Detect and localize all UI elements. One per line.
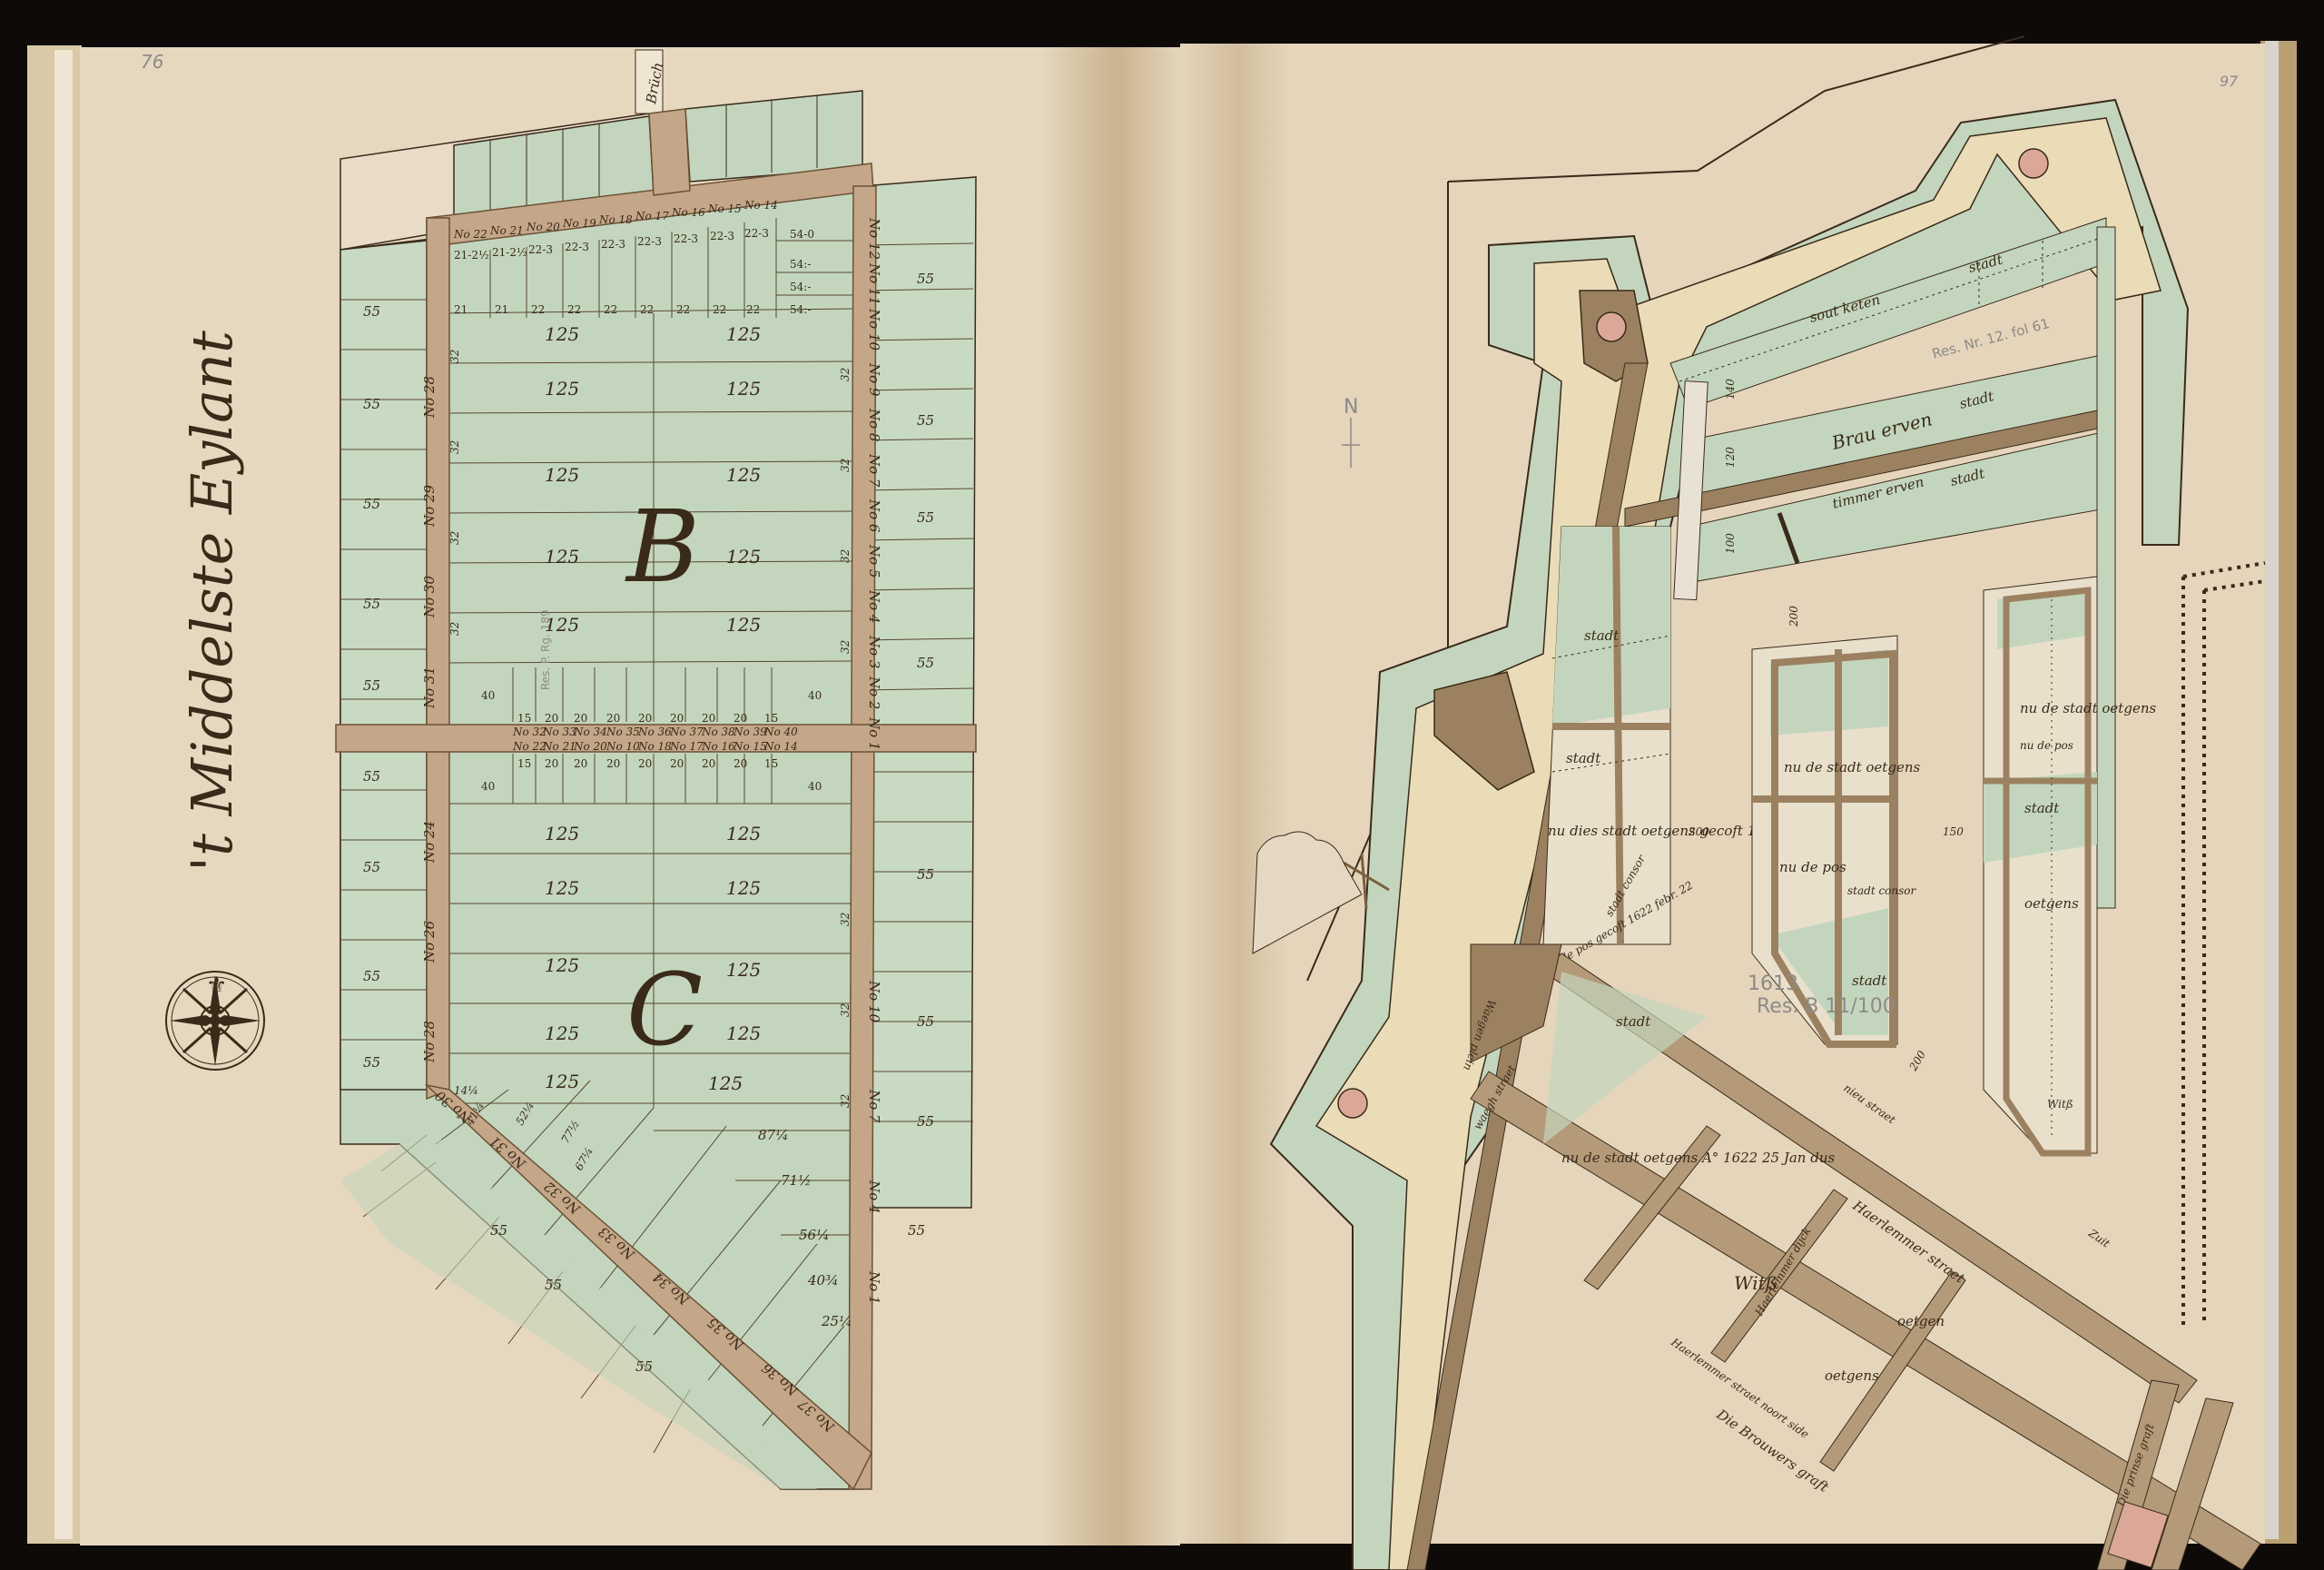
svg-text:32: 32: [839, 1094, 852, 1108]
svg-text:22-3: 22-3: [565, 241, 589, 253]
svg-text:Witß: Witß: [2047, 1098, 2073, 1111]
svg-text:22-3: 22-3: [710, 230, 734, 242]
svg-text:No 31: No 31: [421, 667, 438, 709]
svg-text:55: 55: [917, 866, 934, 883]
svg-text:32: 32: [448, 622, 461, 636]
svg-text:125: 125: [545, 464, 579, 486]
svg-text:32: 32: [839, 549, 852, 563]
svg-text:54:-: 54:-: [790, 258, 811, 271]
svg-text:No 34: No 34: [573, 726, 607, 738]
svg-text:No 9: No 9: [866, 362, 882, 397]
svg-text:No 4: No 4: [866, 1180, 882, 1213]
svg-text:No 12: No 12: [866, 217, 882, 260]
svg-text:22-3: 22-3: [601, 238, 625, 251]
svg-text:54-0: 54-0: [790, 228, 814, 241]
svg-text:⚜: ⚜: [206, 973, 227, 1000]
svg-text:No 11: No 11: [866, 262, 882, 305]
right-page-number: 97: [2220, 73, 2239, 90]
svg-text:No 7: No 7: [866, 1089, 882, 1123]
svg-text:56¼: 56¼: [799, 1227, 830, 1243]
svg-text:15: 15: [517, 757, 531, 770]
svg-text:15: 15: [764, 757, 778, 770]
svg-text:25¼: 25¼: [821, 1313, 852, 1329]
svg-text:125: 125: [545, 877, 579, 899]
svg-text:55: 55: [908, 1222, 925, 1239]
compass-rose-icon: ⚜: [166, 972, 264, 1070]
svg-text:No 15: No 15: [707, 202, 742, 215]
svg-text:32: 32: [839, 913, 852, 926]
svg-text:125: 125: [726, 464, 761, 486]
svg-text:No 26: No 26: [421, 921, 438, 963]
svg-text:22: 22: [713, 303, 726, 316]
svg-text:55: 55: [917, 655, 934, 671]
svg-text:55: 55: [363, 496, 380, 512]
svg-text:32: 32: [448, 531, 461, 545]
svg-text:20: 20: [670, 712, 684, 725]
block-letter-c: C: [626, 952, 703, 1068]
svg-text:55: 55: [917, 1013, 934, 1030]
svg-text:No 10: No 10: [606, 740, 640, 753]
svg-text:No 21: No 21: [489, 224, 524, 237]
svg-text:21-2½: 21-2½: [454, 249, 489, 262]
svg-text:55: 55: [363, 596, 380, 612]
left-page-number: 76: [141, 51, 163, 73]
svg-text:54:-: 54:-: [790, 303, 811, 316]
svg-text:100: 100: [1724, 533, 1737, 554]
map-title: 't Middelste Eylant: [179, 331, 245, 872]
svg-text:1613: 1613: [1748, 973, 1798, 995]
svg-text:22-3: 22-3: [744, 227, 769, 240]
bastion-tower-icon: [2019, 149, 2048, 178]
svg-text:stadt: stadt: [2024, 800, 2060, 816]
svg-text:stadt: stadt: [1852, 973, 1887, 989]
svg-text:125: 125: [726, 323, 761, 345]
svg-text:No 3: No 3: [866, 635, 882, 668]
svg-text:22: 22: [676, 303, 690, 316]
svg-text:55: 55: [490, 1222, 507, 1239]
svg-text:125: 125: [545, 378, 579, 400]
svg-text:20: 20: [702, 757, 715, 770]
svg-text:22: 22: [746, 303, 760, 316]
svg-text:55: 55: [545, 1277, 562, 1293]
svg-text:125: 125: [545, 823, 579, 844]
svg-text:55: 55: [917, 509, 934, 526]
svg-text:oetgen: oetgen: [1897, 1313, 1945, 1329]
svg-text:nu de stadt oetgens A° 1622 25: nu de stadt oetgens A° 1622 25 Jan dus: [1561, 1150, 1835, 1166]
svg-text:20: 20: [545, 712, 558, 725]
svg-text:20: 20: [606, 757, 620, 770]
svg-text:20: 20: [638, 712, 652, 725]
svg-text:200: 200: [1688, 825, 1709, 838]
block-letter-b: B: [625, 489, 700, 605]
svg-text:No 10: No 10: [866, 308, 882, 351]
pencil-note-left: Res. P. Rg. 189: [539, 609, 552, 690]
svg-text:125: 125: [545, 546, 579, 568]
svg-text:150: 150: [1943, 825, 1964, 838]
svg-text:55: 55: [363, 677, 380, 694]
svg-text:20: 20: [638, 757, 652, 770]
svg-text:No 16: No 16: [671, 206, 705, 219]
svg-text:No 1: No 1: [866, 716, 882, 750]
svg-text:No 30: No 30: [421, 576, 438, 618]
svg-text:No 8: No 8: [866, 408, 882, 441]
svg-text:32: 32: [448, 350, 461, 363]
svg-text:No 17: No 17: [669, 740, 704, 753]
bastion-tower-icon: [1338, 1089, 1367, 1118]
svg-text:20: 20: [734, 757, 747, 770]
svg-text:No 33: No 33: [542, 726, 576, 738]
svg-text:nu dies stadt oetgens gecoft 1: nu dies stadt oetgens gecoft 1622: [1548, 823, 1782, 839]
svg-text:No 2: No 2: [866, 676, 882, 709]
svg-text:No 4: No 4: [866, 589, 882, 623]
svg-text:oetgens: oetgens: [2024, 895, 2079, 912]
svg-text:20: 20: [670, 757, 684, 770]
svg-text:'t Middelste Eylant: 't Middelste Eylant: [179, 331, 245, 872]
svg-text:55: 55: [363, 968, 380, 984]
svg-text:stadt: stadt: [1584, 627, 1620, 644]
svg-text:No 6: No 6: [866, 499, 882, 533]
svg-text:125: 125: [726, 1022, 761, 1044]
svg-text:22: 22: [604, 303, 617, 316]
svg-text:125: 125: [545, 954, 579, 976]
svg-text:55: 55: [917, 271, 934, 287]
svg-text:55: 55: [363, 1054, 380, 1071]
bastion-tower-icon: [1597, 312, 1626, 341]
svg-text:No 24: No 24: [421, 821, 438, 864]
svg-text:N: N: [1344, 396, 1358, 419]
svg-text:54:-: 54:-: [790, 281, 811, 293]
svg-text:No 29: No 29: [421, 485, 438, 528]
svg-text:No 7: No 7: [866, 453, 882, 488]
svg-text:No 17: No 17: [635, 210, 669, 222]
svg-text:55: 55: [363, 303, 380, 320]
svg-text:No 39: No 39: [733, 726, 767, 738]
svg-text:Res. B 11/100: Res. B 11/100: [1757, 995, 1896, 1018]
svg-text:32: 32: [839, 640, 852, 654]
svg-text:22-3: 22-3: [528, 243, 553, 256]
svg-text:55: 55: [363, 768, 380, 785]
svg-text:No 35: No 35: [606, 726, 640, 738]
svg-text:stadt: stadt: [1616, 1013, 1651, 1030]
svg-text:125: 125: [545, 1022, 579, 1044]
svg-text:55: 55: [363, 859, 380, 875]
svg-text:125: 125: [726, 823, 761, 844]
svg-text:No 22: No 22: [453, 228, 487, 241]
svg-text:125: 125: [545, 323, 579, 345]
svg-text:No 28: No 28: [421, 376, 438, 419]
svg-text:32: 32: [839, 459, 852, 472]
svg-text:No 14: No 14: [743, 199, 778, 212]
svg-text:21-2½: 21-2½: [492, 246, 527, 259]
svg-text:22-3: 22-3: [674, 232, 698, 245]
svg-text:No 18: No 18: [637, 740, 672, 753]
svg-text:No 21: No 21: [542, 740, 576, 753]
svg-text:No 1: No 1: [866, 1270, 882, 1304]
svg-text:No 32: No 32: [512, 726, 547, 738]
svg-text:No 15: No 15: [733, 740, 767, 753]
svg-text:14¼: 14¼: [454, 1084, 478, 1097]
svg-text:55: 55: [635, 1358, 653, 1375]
svg-text:87¼: 87¼: [758, 1127, 789, 1143]
atlas-spread: 76 't Middelste Eylant ⚜ Brüch: [0, 0, 2324, 1570]
svg-text:55: 55: [917, 412, 934, 429]
svg-text:32: 32: [839, 368, 852, 381]
svg-text:120: 120: [1724, 447, 1737, 468]
svg-text:22: 22: [531, 303, 545, 316]
svg-text:125: 125: [726, 959, 761, 981]
svg-text:20: 20: [574, 757, 587, 770]
west-lot-strip: [340, 241, 427, 1090]
svg-text:32: 32: [839, 1003, 852, 1017]
svg-text:125: 125: [726, 877, 761, 899]
svg-text:200: 200: [1787, 606, 1800, 627]
svg-text:oetgens: oetgens: [1825, 1368, 1879, 1384]
svg-text:No 18: No 18: [598, 213, 633, 226]
svg-text:40¾: 40¾: [807, 1272, 839, 1289]
svg-text:No 22: No 22: [512, 740, 547, 753]
svg-text:No 20: No 20: [526, 221, 560, 233]
svg-text:No 10: No 10: [866, 980, 882, 1022]
svg-text:No 16: No 16: [701, 740, 735, 753]
svg-text:55: 55: [917, 1113, 934, 1130]
svg-text:nu de stadt oetgens: nu de stadt oetgens: [1784, 759, 1920, 775]
svg-text:71½: 71½: [781, 1172, 812, 1189]
svg-text:No 14: No 14: [763, 740, 798, 753]
svg-text:20: 20: [734, 712, 747, 725]
svg-text:20: 20: [606, 712, 620, 725]
svg-text:40: 40: [481, 689, 495, 702]
svg-text:No 20: No 20: [573, 740, 607, 753]
svg-text:No 28: No 28: [421, 1021, 438, 1063]
svg-text:125: 125: [545, 1071, 579, 1092]
svg-text:22: 22: [640, 303, 654, 316]
svg-text:nu de pos: nu de pos: [1779, 859, 1846, 875]
svg-text:No 40: No 40: [763, 726, 798, 738]
svg-text:125: 125: [726, 614, 761, 636]
svg-text:20: 20: [702, 712, 715, 725]
svg-text:nu de stadt oetgens: nu de stadt oetgens: [2020, 700, 2156, 716]
svg-text:stadt consor: stadt consor: [1847, 884, 1917, 897]
svg-text:20: 20: [574, 712, 587, 725]
svg-text:32: 32: [448, 440, 461, 454]
svg-text:20: 20: [545, 757, 558, 770]
svg-text:21: 21: [454, 303, 468, 316]
svg-text:No 37: No 37: [669, 726, 704, 738]
svg-text:40: 40: [808, 780, 822, 793]
svg-text:22: 22: [567, 303, 581, 316]
svg-text:No 19: No 19: [562, 217, 596, 230]
svg-text:125: 125: [726, 378, 761, 400]
svg-text:No 38: No 38: [701, 726, 735, 738]
svg-text:125: 125: [726, 546, 761, 568]
svg-text:40: 40: [808, 689, 822, 702]
svg-text:No 36: No 36: [637, 726, 672, 738]
svg-text:No 5: No 5: [866, 544, 882, 578]
svg-text:55: 55: [363, 396, 380, 412]
svg-text:nu de pos: nu de pos: [2020, 739, 2073, 752]
svg-text:21: 21: [495, 303, 508, 316]
svg-text:stadt: stadt: [1566, 750, 1601, 766]
svg-text:40: 40: [481, 780, 495, 793]
svg-text:22-3: 22-3: [637, 235, 662, 248]
svg-text:140: 140: [1724, 379, 1737, 400]
svg-text:15: 15: [517, 712, 531, 725]
svg-text:15: 15: [764, 712, 778, 725]
svg-text:125: 125: [708, 1072, 743, 1094]
